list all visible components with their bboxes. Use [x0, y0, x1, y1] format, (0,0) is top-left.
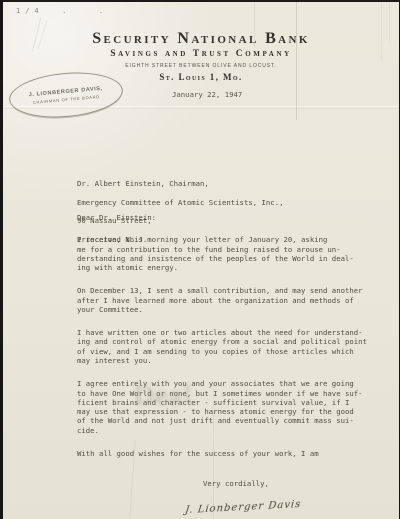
pencil-annotation: 1/4 . . — [16, 7, 108, 15]
closing-line: With all good wishes for the success of … — [77, 449, 377, 458]
scanned-letter: 1/4 . . J. LIONBERGER DAVIS, CHAIRMAN OF… — [0, 0, 400, 519]
letter-date: January 22, 1947 — [172, 90, 242, 99]
bank-city: St. Louis 1, Mo. — [3, 72, 399, 82]
letter-paper: 1/4 . . J. LIONBERGER DAVIS, CHAIRMAN OF… — [3, 2, 399, 519]
valediction: Very cordially, — [203, 479, 377, 488]
bank-name: Security National Bank — [3, 30, 399, 48]
body-paragraph: I received this morning your letter of J… — [77, 235, 377, 272]
bank-subtitle: Savings and Trust Company — [3, 49, 399, 59]
faint-bleedthrough-stamp: Deal — [134, 380, 193, 411]
recipient-line: Dr. Albert Einstein, Chairman, — [77, 179, 283, 188]
letter-body: I received this morning your letter of J… — [77, 226, 377, 519]
body-paragraph: I have written one or two articles about… — [77, 328, 377, 365]
handwritten-signature: J. Lionberger Davis — [185, 497, 346, 515]
scan-edge-top — [0, 0, 400, 2]
bank-street-address: Eighth Street between Olive and Locust. — [3, 63, 399, 69]
letterhead: Security National Bank Savings and Trust… — [3, 30, 399, 82]
scan-edge-left — [0, 0, 3, 519]
body-paragraph: On December 13, I sent a small contribut… — [77, 286, 377, 314]
body-paragraph: I agree entirely with you and your assoc… — [77, 379, 377, 435]
recipient-line: Emergency Committee of Atomic Scientists… — [77, 198, 283, 207]
salutation: Dear Dr. Einstein: — [77, 213, 156, 222]
